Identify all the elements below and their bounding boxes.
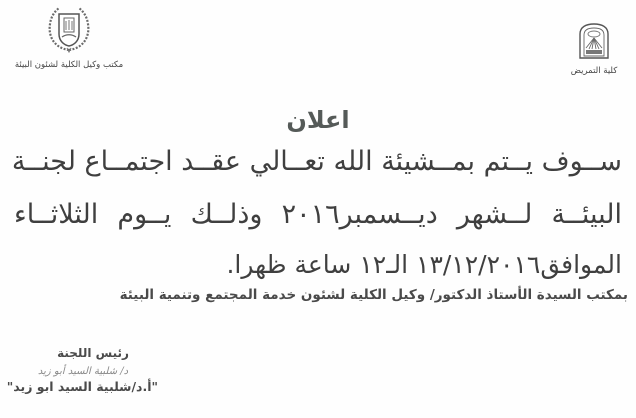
university-crest-icon: [44, 4, 94, 54]
announcement-line-3: الموافق١٣/١٢/٢٠١٦ الـ١٢ ساعة ظهرا.: [226, 250, 622, 279]
signature-block: رئيس اللجنة د/ شلبية السيد أبو زيد "أ.د/…: [8, 346, 158, 394]
handwritten-signature: د/ شلبية السيد أبو زيد: [8, 366, 158, 377]
nursing-faculty-logo-icon: [576, 22, 612, 60]
announcement-line-2: البيئــة لــشهر ديــسمبر٢٠١٦ وذلــك يــو…: [14, 199, 622, 230]
office-header: مكتب وكيل الكلية لشئون البيئة: [14, 4, 124, 70]
announcement-title: اعلان: [0, 106, 636, 134]
signatory-role: رئيس اللجنة: [28, 346, 158, 360]
office-caption: مكتب وكيل الكلية لشئون البيئة: [14, 60, 124, 70]
announcement-line-1: ســوف يــتم بمــشيئة الله تعــالي عقــد …: [14, 146, 622, 177]
faculty-caption: كلية التمريض: [564, 66, 624, 76]
signatory-name: "أ.د/شلبية السيد ابو زيد": [8, 379, 158, 394]
meeting-location: بمكتب السيدة الأستاذ الدكتور/ وكيل الكلي…: [8, 287, 628, 303]
announcement-page: مكتب وكيل الكلية لشئون البيئة كلية التمر…: [0, 0, 636, 418]
faculty-header: كلية التمريض: [564, 22, 624, 76]
